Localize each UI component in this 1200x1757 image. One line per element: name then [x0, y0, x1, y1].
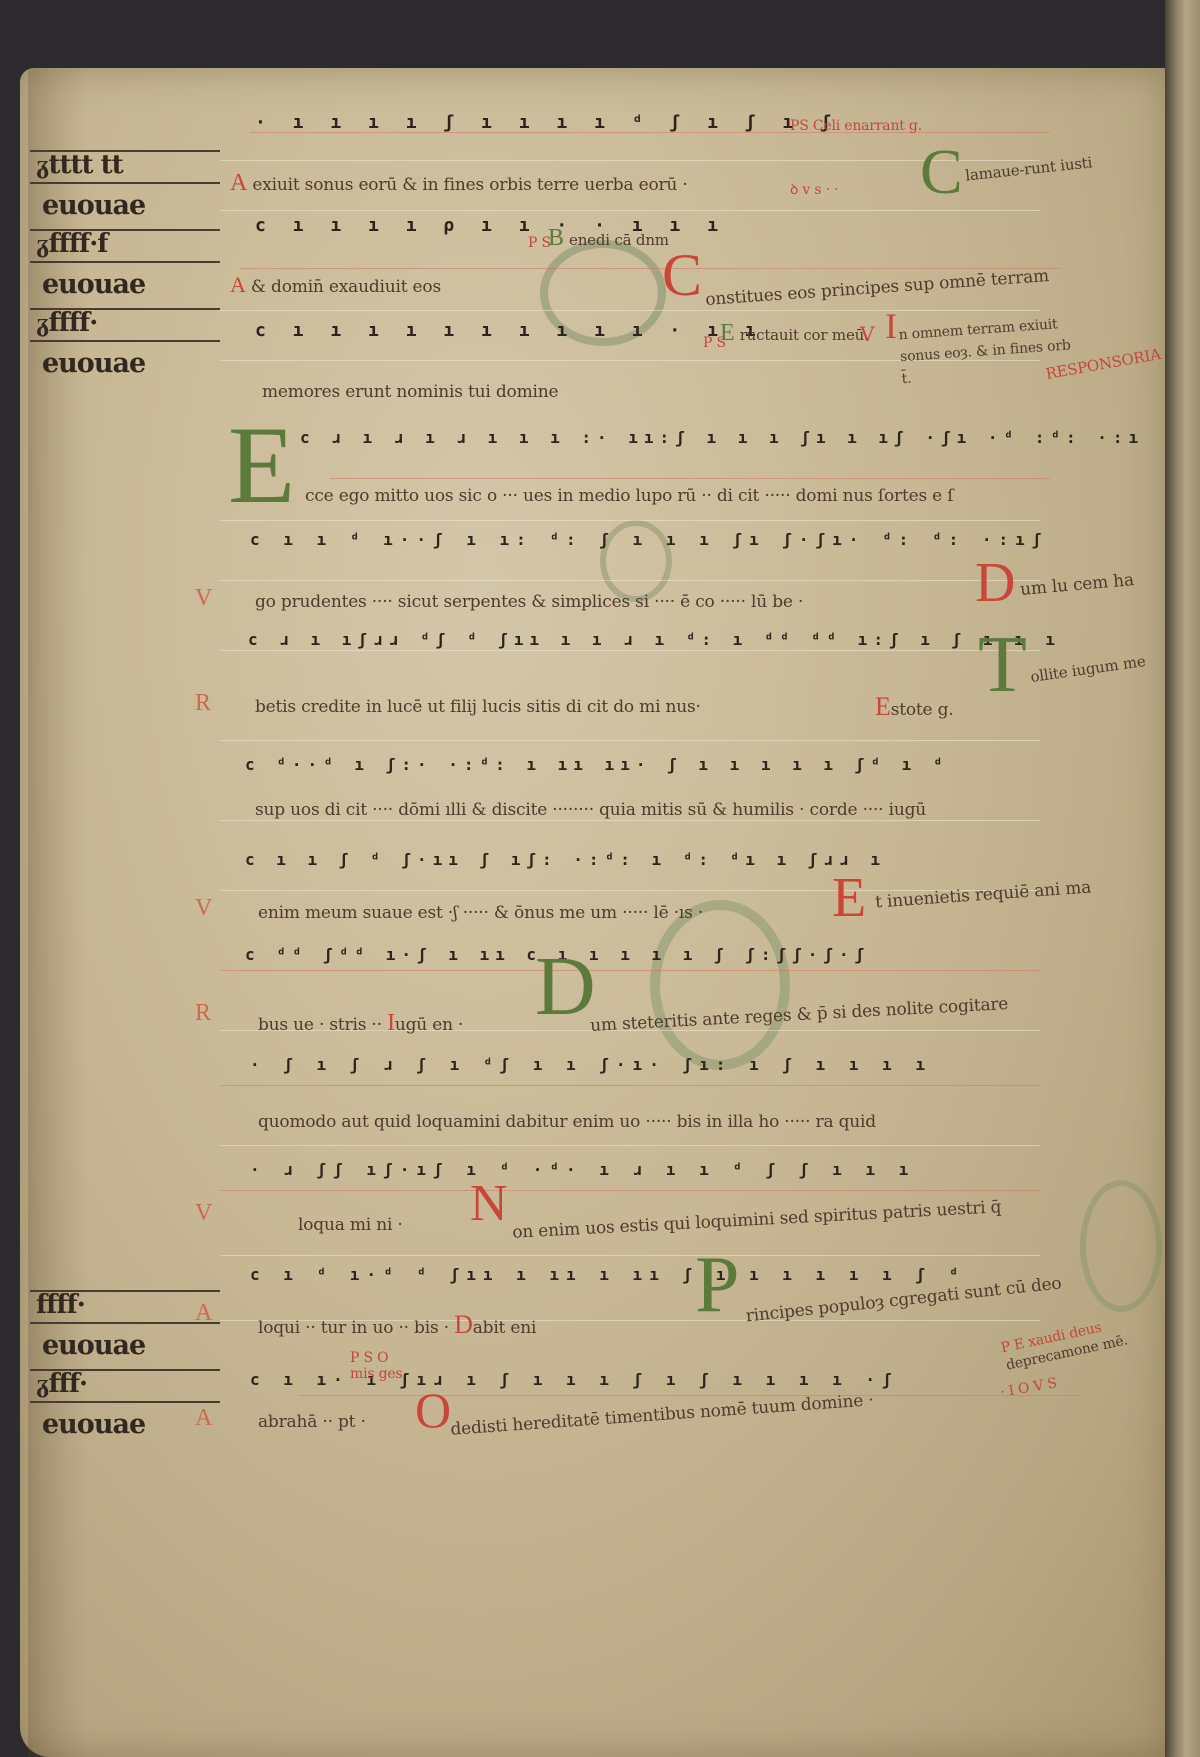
responsory-mark: R: [195, 690, 211, 717]
text-line-1: A exiuit sonus eorū & in fines orbis ter…: [230, 170, 688, 197]
text-line-8: enim meum suaue est ·ʃ ····· & ōnus me u…: [258, 903, 703, 923]
margin-euouae: euouae: [30, 1405, 220, 1448]
margin-stave: ᵹtttt tt: [30, 150, 220, 184]
text-line-6: betis credite in lucē ut filij lucis sit…: [255, 697, 701, 717]
versicle-mark: V: [195, 1200, 212, 1227]
green-initial-P: P: [695, 1245, 740, 1325]
responsory-mark: R: [195, 1000, 211, 1027]
antiphon-mark: A: [195, 1405, 212, 1432]
green-initial-C: C: [920, 140, 963, 204]
red-initial-E: E: [832, 870, 866, 926]
text-line-10: quomodo aut quid loquamini dabitur enim …: [258, 1112, 876, 1132]
facing-page-edge: [1165, 0, 1200, 1757]
green-initial-T: T: [978, 625, 1027, 705]
margin-stave: ffff·: [30, 1290, 220, 1324]
margin-euouae: euouae: [30, 1326, 220, 1369]
text-line-5: go prudentes ···· sicut serpentes & simp…: [255, 592, 803, 612]
neume-row: · ı ı ı ı ʃ ı ı ı ı ᵈ ʃ ı ʃ ı ʃ: [255, 112, 839, 133]
text-line-3: memores erunt nominis tui domine: [262, 382, 558, 402]
green-offset-stain: [1080, 1180, 1162, 1312]
margin-euouae: euouae: [30, 186, 220, 229]
margin-differentiae-bottom: ffff· euouae ᵹfff· euouae: [30, 1290, 220, 1448]
verse-mark: V: [860, 322, 874, 346]
green-initial-D: D: [535, 945, 596, 1029]
rubric-differentia: ꝺ v s · ·: [790, 180, 838, 199]
margin-stave: ᵹffff·f: [30, 229, 220, 263]
versicle-mark: V: [195, 895, 212, 922]
red-initial-D: D: [975, 555, 1015, 611]
margin-stave: ᵹfff·: [30, 1369, 220, 1403]
antiphon-mark: A: [195, 1300, 212, 1327]
text-line-7: sup uos di cit ···· dōmi ılli & discite …: [255, 800, 926, 820]
neume-row: c ɹ ı ɹ ı ɹ ı ı ı :· ıı:ʃ ı ı ı ʃı ı ıʃ …: [300, 428, 1144, 447]
neume-row: c ı ı ı ı ı ı ı ı ı ı · ı ı: [255, 320, 764, 341]
text-line-2: A & domin̄ exaudiuit eos: [230, 272, 441, 298]
neume-row: c ı ᵈ ı·ᵈ ᵈ ʃıı ı ıı ı ıı ʃ ı ı ı ı ı ı …: [250, 1265, 965, 1284]
neume-row: c ı ı· ı ʃıɹ ı ʃ ı ı ı ʃ ı ʃ ı ı ı ı ·ʃ: [250, 1370, 899, 1389]
neume-row: · ɹ ʃʃ ıʃ·ıʃ ı ᵈ ·ᵈ· ı ɹ ı ı ᵈ ʃ ʃ ı ı ı: [250, 1160, 915, 1179]
margin-differentiae-top: ᵹtttt tt euouae ᵹffff·f euouae ᵹffff· eu…: [30, 150, 220, 387]
neume-row: · ʃ ı ʃ ɹ ʃ ı ᵈʃ ı ı ʃ·ı· ʃı: ı ʃ ı ı ı …: [250, 1055, 932, 1074]
text-line-11: loqua mi ni ·: [298, 1215, 403, 1235]
red-initial-I: I: [885, 308, 897, 344]
margin-euouae: euouae: [30, 344, 220, 387]
margin-euouae: euouae: [30, 265, 220, 308]
neume-row: c ı ı ᵈ ı··ʃ ı ı: ᵈ: ʃ ı ı ı ʃı ʃ·ʃı· ᵈ:…: [250, 530, 1048, 549]
text-line-12: loqui ·· tur in uo ·· bis · Dabit eni: [258, 1310, 536, 1340]
antiphon-incipit: E ructauit cor meū.: [720, 320, 869, 347]
versicle-mark: V: [195, 585, 212, 612]
text-line-13: abrahā ·· pt ·: [258, 1412, 366, 1432]
red-initial-N: N: [470, 1178, 508, 1230]
text-line-4: cce ego mitto uos sic o ··· ues in medio…: [305, 486, 953, 506]
neume-row: c ɹ ı ıʃɹɹ ᵈʃ ᵈ ʃıı ı ı ɹ ı ᵈ: ı ᵈᵈ ᵈᵈ ı…: [248, 630, 1061, 649]
red-initial-C: C: [662, 245, 702, 305]
green-initial-E: E: [228, 410, 295, 520]
text-line-9: bus ue · stris ·· Iugū en ·: [258, 1010, 463, 1037]
neume-row: c ı ı ʃ ᵈ ʃ·ıı ʃ ıʃ: ·:ᵈ: ı ᵈ: ᵈı ı ʃɹɹ …: [245, 850, 886, 869]
margin-stave: ᵹffff·: [30, 308, 220, 342]
red-initial-O: O: [415, 1385, 451, 1435]
neume-row: c ᵈ··ᵈ ı ʃ:· ·:ᵈ: ı ıı ıı· ʃ ı ı ı ı ı ʃ…: [245, 755, 948, 774]
green-offset-stain: [650, 900, 790, 1070]
antiphon-incipit: Estote g.: [875, 692, 953, 722]
antiphon-incipit: B enedi cā dnm: [548, 225, 669, 252]
rubric-psalm-incipit: PS Celi enarrant g.: [790, 118, 922, 134]
rubric-small: P S O mis ges: [350, 1350, 410, 1382]
red-initial: A: [230, 170, 247, 196]
